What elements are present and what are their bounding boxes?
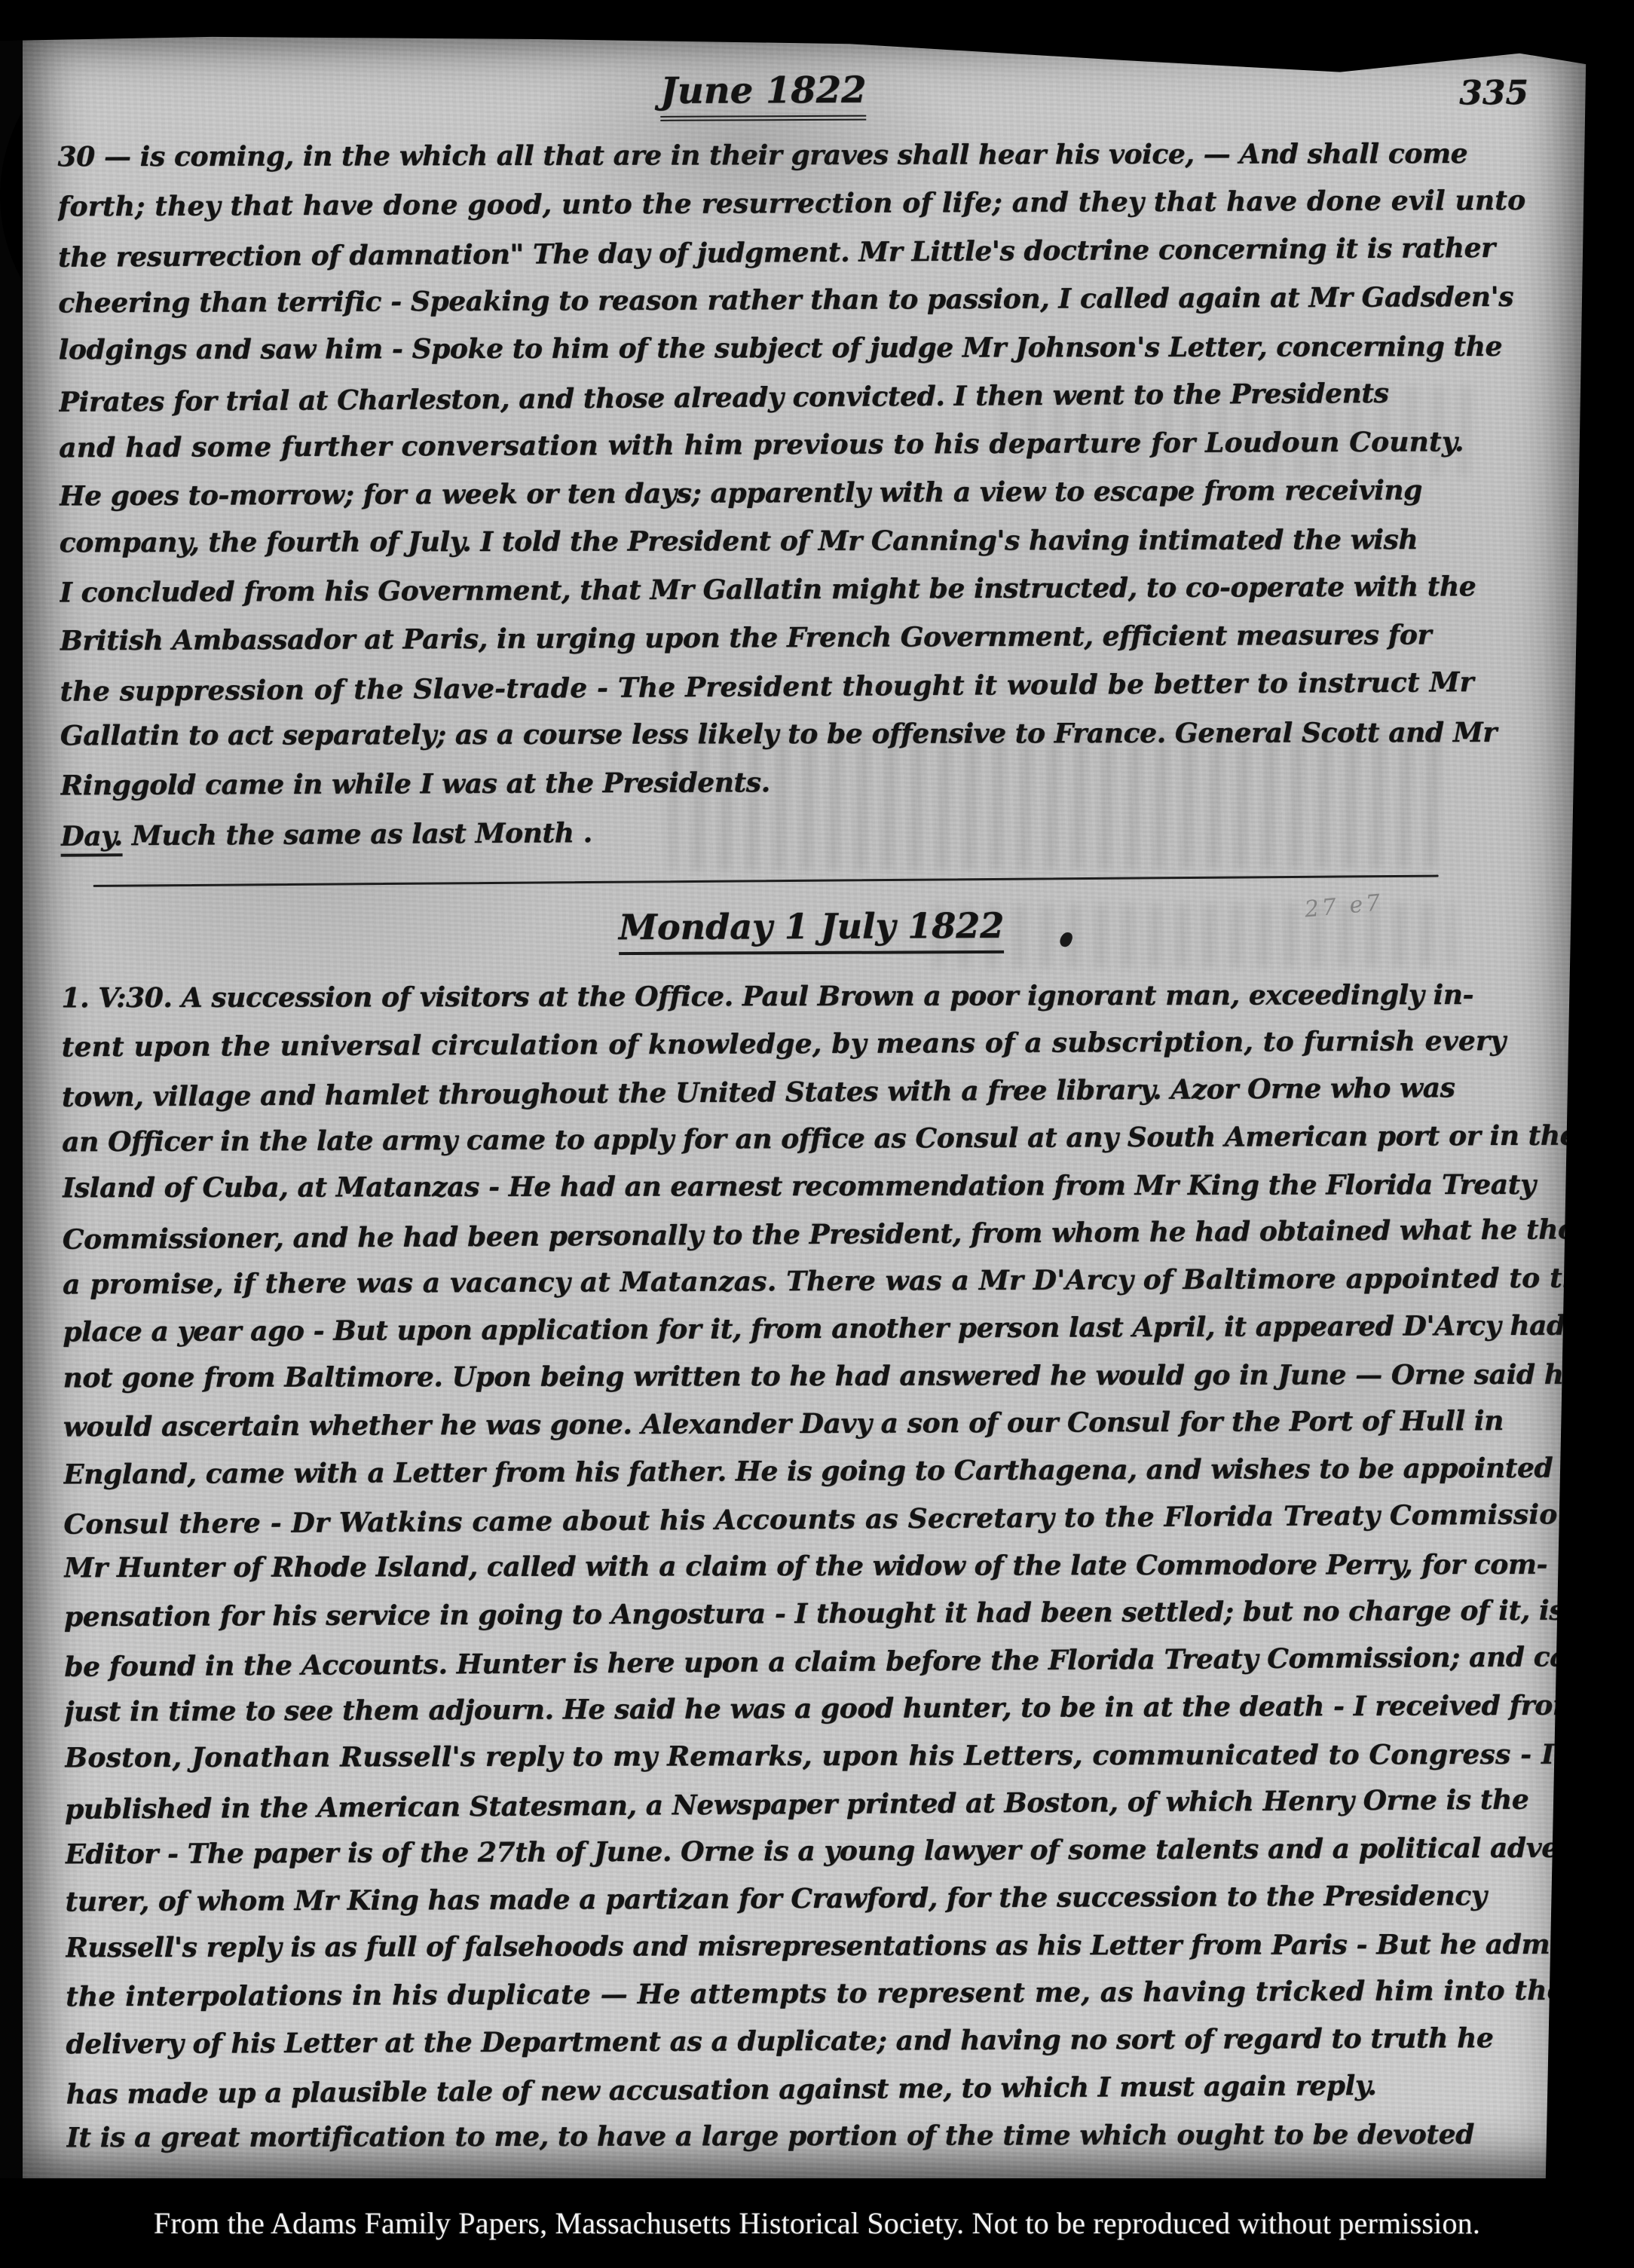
manuscript-line: lodgings and saw him - Spoke to him of t… xyxy=(59,323,1580,375)
manuscript-line: and had some further conversation with h… xyxy=(59,418,1580,473)
manuscript-line: Mr Hunter of Rhode Island, called with a… xyxy=(64,1541,1585,1593)
pencil-annotation: 27 e7 xyxy=(1303,889,1384,923)
manuscript-line: the suppression of the Slave-trade - The… xyxy=(60,657,1580,716)
manuscript-line: forth; they that have done good, unto th… xyxy=(58,176,1579,231)
manuscript-line: would ascertain whether he was gone. Ale… xyxy=(63,1397,1584,1452)
manuscript-line: 1. V:30. A succession of visitors at the… xyxy=(61,972,1582,1023)
day-summary-line: Day. Much the same as last Month . xyxy=(60,802,1581,858)
manuscript-line: Russell's reply is as full of falsehoods… xyxy=(66,1921,1587,1973)
manuscript-line: I concluded from his Government, that Mr… xyxy=(60,562,1580,617)
manuscript-line: the interpolations in his duplicate — He… xyxy=(66,1967,1587,2022)
page-number: 335 xyxy=(1459,74,1528,112)
manuscript-line: cheering than terrific - Speaking to rea… xyxy=(58,273,1579,328)
manuscript-content: June 1822 335 30 — is coming, in the whi… xyxy=(23,35,1593,2178)
scanned-page: June 1822 335 30 — is coming, in the whi… xyxy=(0,0,1634,2268)
manuscript-line: has made up a plausible tale of new accu… xyxy=(66,2061,1587,2119)
ink-blot xyxy=(1058,931,1073,949)
manuscript-line: England, came with a Letter from his fat… xyxy=(63,1445,1584,1499)
entry-june-30: 30 — is coming, in the which all that ar… xyxy=(57,128,1581,859)
manuscript-line: Consul there - Dr Watkins came about his… xyxy=(63,1491,1584,1549)
month-heading: June 1822 xyxy=(660,69,867,121)
credit-text: From the Adams Family Papers, Massachuse… xyxy=(154,2205,1480,2241)
credit-banner: From the Adams Family Papers, Massachuse… xyxy=(0,2178,1634,2268)
manuscript-line: Editor - The paper is of the 27th of Jun… xyxy=(65,1825,1586,1879)
manuscript-line: company, the fourth of July. I told the … xyxy=(60,516,1580,568)
manuscript-line: Boston, Jonathan Russell's reply to my R… xyxy=(65,1731,1586,1783)
entry-july-1: 1. V:30. A succession of visitors at the… xyxy=(61,970,1587,2164)
manuscript-line: pensation for his service in going to An… xyxy=(64,1587,1585,1642)
manuscript-line: an Officer in the late army came to appl… xyxy=(62,1113,1583,1167)
manuscript-line: It is a great mortification to me, to ha… xyxy=(66,2111,1587,2162)
manuscript-line: place a year ago - But upon application … xyxy=(63,1302,1584,1357)
manuscript-page: June 1822 335 30 — is coming, in the whi… xyxy=(23,35,1593,2178)
manuscript-line: not gone from Baltimore. Upon being writ… xyxy=(63,1351,1584,1403)
day-summary-text: Much the same as last Month . xyxy=(123,817,592,852)
manuscript-line: a promise, if there was a vacancy at Mat… xyxy=(63,1255,1584,1309)
day-summary-label: Day. xyxy=(60,820,123,857)
manuscript-line: He goes to-morrow; for a week or ten day… xyxy=(59,466,1580,521)
manuscript-line: turer, of whom Mr King has made a partiz… xyxy=(65,1872,1586,1927)
manuscript-line: just in time to see them adjourn. He sai… xyxy=(64,1682,1585,1737)
manuscript-line: Gallatin to act separately; as a course … xyxy=(60,709,1581,761)
entry-divider-rule xyxy=(93,875,1439,887)
manuscript-line: British Ambassador at Paris, in urging u… xyxy=(60,611,1580,666)
manuscript-line: Island of Cuba, at Matanzas - He had an … xyxy=(62,1162,1583,1213)
manuscript-line: Ringgold came in while I was at the Pres… xyxy=(60,755,1581,810)
manuscript-line: 30 — is coming, in the which all that ar… xyxy=(57,130,1578,182)
manuscript-line: delivery of his Letter at the Department… xyxy=(66,2015,1587,2069)
manuscript-line: tent upon the universal circulation of k… xyxy=(62,1018,1583,1072)
entry-date-heading: Monday 1 July 1822 xyxy=(619,905,1005,955)
